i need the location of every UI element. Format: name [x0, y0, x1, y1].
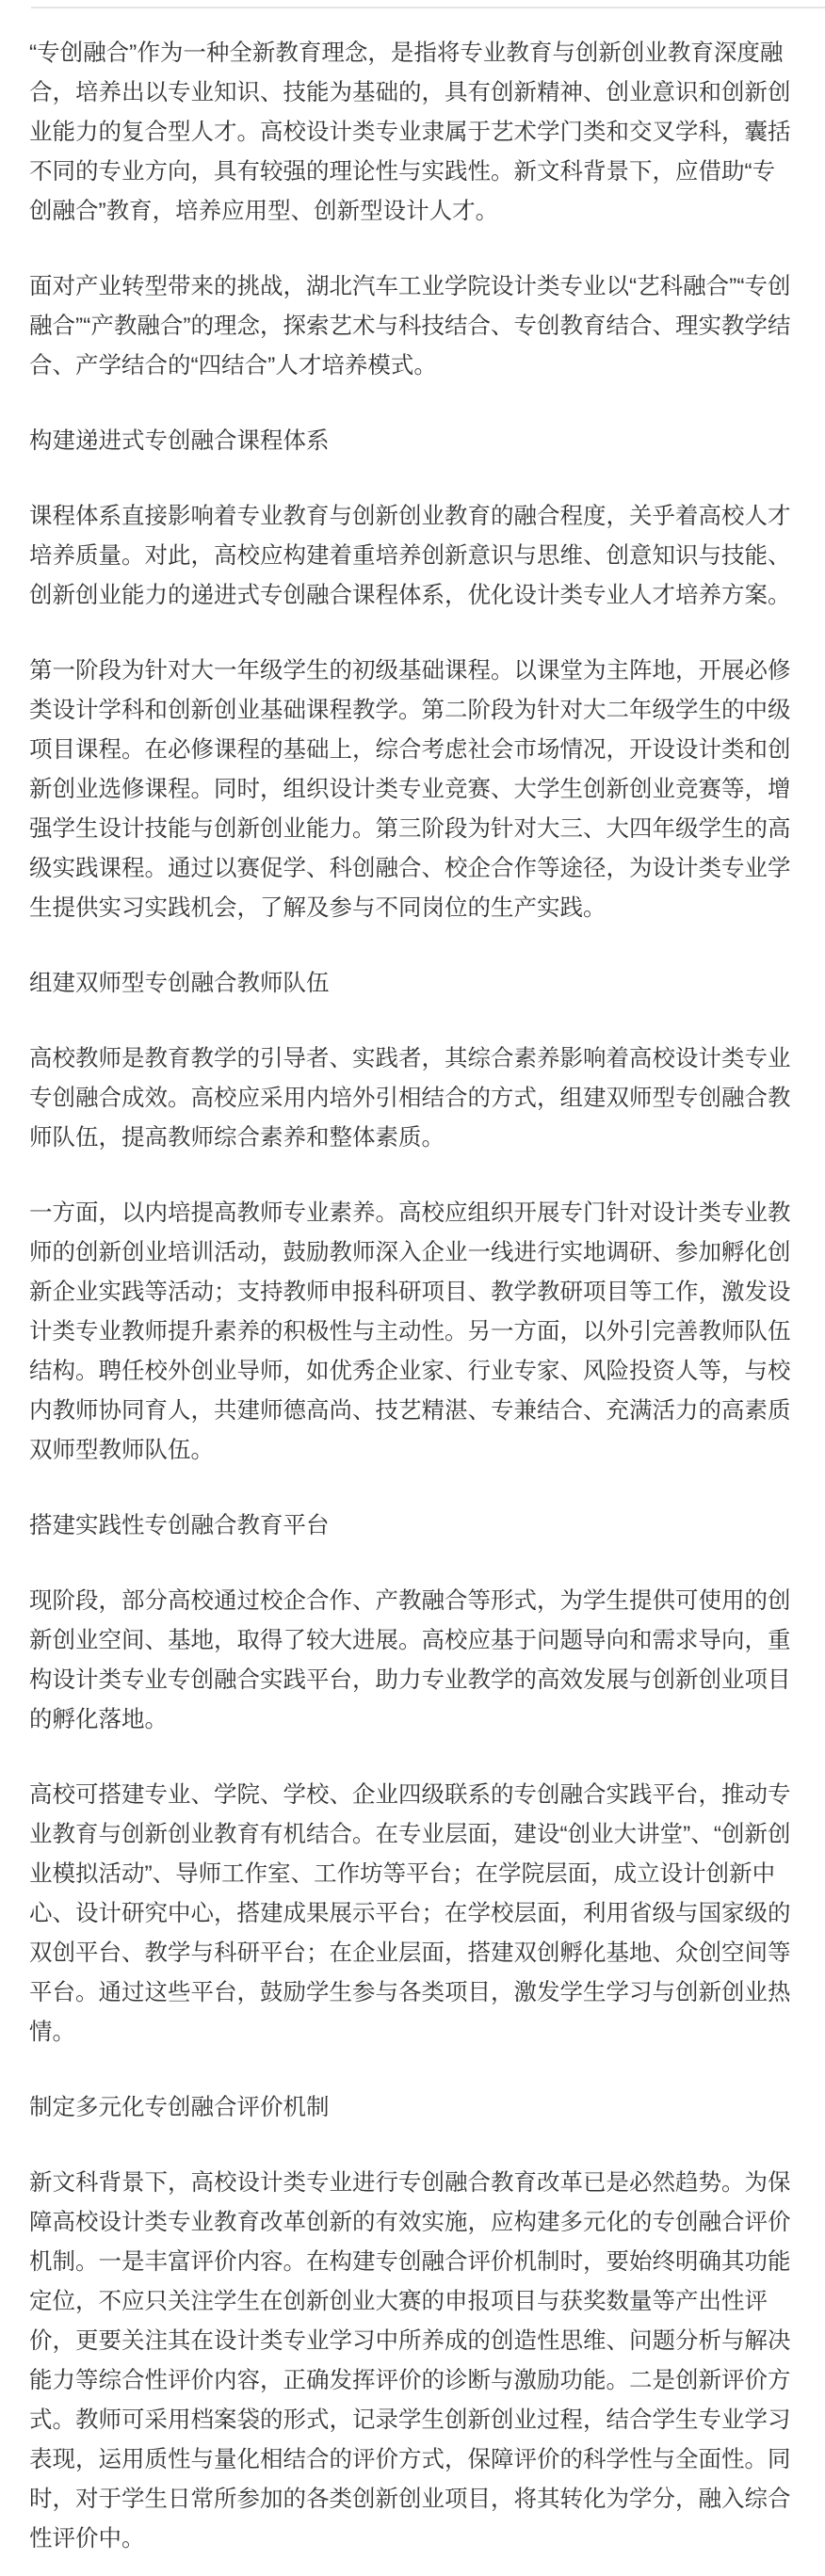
article-body: “专创融合”作为一种全新教育理念，是指将专业教育与创新创业教育深度融合，培养出以…: [0, 8, 825, 2559]
section-heading: 构建递进式专创融合课程体系: [29, 422, 795, 461]
paragraph: 一方面，以内培提高教师专业素养。高校应组织开展专门针对设计类专业教师的创新创业培…: [29, 1194, 795, 1471]
section-heading: 组建双师型专创融合教师队伍: [29, 964, 795, 1004]
paragraph: 高校可搭建专业、学院、学校、企业四级联系的专创融合实践平台，推动专业教育与创新创…: [29, 1776, 795, 2053]
paragraph: 课程体系直接影响着专业教育与创新创业教育的融合程度，关乎着高校人才培养质量。对此…: [29, 497, 795, 616]
paragraph: 新文科背景下，高校设计类专业进行专创融合教育改革已是必然趋势。为保障高校设计类专…: [29, 2164, 795, 2559]
section-heading: 制定多元化专创融合评价机制: [29, 2088, 795, 2128]
paragraph: 现阶段，部分高校通过校企合作、产教融合等形式，为学生提供可使用的创新创业空间、基…: [29, 1582, 795, 1740]
paragraph: 高校教师是教育教学的引导者、实践者，其综合素养影响着高校设计类专业专创融合成效。…: [29, 1039, 795, 1158]
paragraph: 第一阶段为针对大一年级学生的初级基础课程。以课堂为主阵地，开展必修类设计学科和创…: [29, 652, 795, 928]
section-heading: 搭建实践性专创融合教育平台: [29, 1506, 795, 1546]
article-page: { "page": { "background_color": "#ffffff…: [0, 0, 825, 2576]
paragraph: 面对产业转型带来的挑战，湖北汽车工业学院设计类专业以“艺科融合”“专创融合”“产…: [29, 267, 795, 386]
paragraph: “专创融合”作为一种全新教育理念，是指将专业教育与创新创业教育深度融合，培养出以…: [29, 34, 795, 232]
